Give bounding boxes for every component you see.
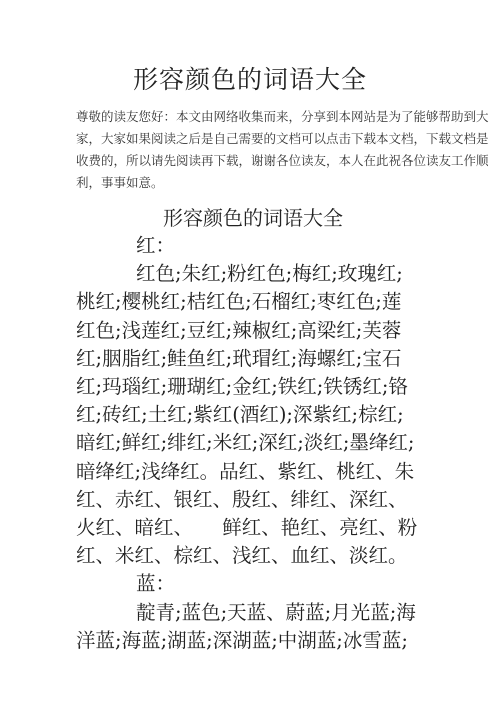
body-line: 红;玛瑙红;珊瑚红;金红;铁红;铁锈红;铬 bbox=[76, 373, 436, 401]
notice-line: 尊敬的读友您好：本文由网络收集而来，分享到本网站是为了能够帮助到大 bbox=[76, 106, 426, 128]
notice-line: 收费的，所以请先阅读再下载，谢谢各位读友，本人在此祝各位读友工作顺 bbox=[76, 150, 426, 172]
body-line: 红色;浅莲红;豆红;辣椒红;高梁红;芙蓉 bbox=[76, 317, 436, 345]
reader-notice: 尊敬的读友您好：本文由网络收集而来，分享到本网站是为了能够帮助到大 家，大家如果… bbox=[76, 106, 426, 194]
body-line: 红;胭脂红;鲑鱼红;玳瑁红;海螺红;宝石 bbox=[76, 345, 436, 373]
document-page: 形容颜色的词语大全 尊敬的读友您好：本文由网络收集而来，分享到本网站是为了能够帮… bbox=[0, 0, 500, 708]
body-line: 火红、暗红、 鲜红、艳红、亮红、粉 bbox=[76, 514, 436, 542]
body-line: 洋蓝;海蓝;湖蓝;深湖蓝;中湖蓝;冰雪蓝; bbox=[76, 627, 436, 655]
section-heading-blue: 蓝： bbox=[76, 570, 436, 598]
body-line: 暗绛红;浅绛红。品红、紫红、桃红、朱 bbox=[76, 458, 436, 486]
body-line: 靛青;蓝色;天蓝、蔚蓝;月光蓝;海 bbox=[76, 599, 436, 627]
section-heading-red: 红： bbox=[76, 232, 436, 260]
document-title: 形容颜色的词语大全 bbox=[0, 64, 500, 96]
notice-line: 利，事事如意。 bbox=[76, 172, 426, 194]
body-line: 红、米红、棕红、浅红、血红、淡红。 bbox=[76, 542, 436, 570]
notice-line: 家，大家如果阅读之后是自己需要的文档可以点击下载本文档，下载文档是 bbox=[76, 128, 426, 150]
body-line: 红;砖红;土红;紫红(酒红);深紫红;棕红; bbox=[76, 401, 436, 429]
body-line: 红色;朱红;粉红色;梅红;玫瑰红; bbox=[76, 260, 436, 288]
body-line: 桃红;樱桃红;桔红色;石榴红;枣红色;莲 bbox=[76, 288, 436, 316]
body-line: 暗红;鲜红;绯红;米红;深红;淡红;墨绛红; bbox=[76, 429, 436, 457]
body-line: 红、赤红、银红、殷红、绯红、深红、 bbox=[76, 486, 436, 514]
document-body: 红： 红色;朱红;粉红色;梅红;玫瑰红; 桃红;樱桃红;桔红色;石榴红;枣红色;… bbox=[76, 232, 436, 655]
section-title: 形容颜色的词语大全 bbox=[0, 204, 500, 232]
